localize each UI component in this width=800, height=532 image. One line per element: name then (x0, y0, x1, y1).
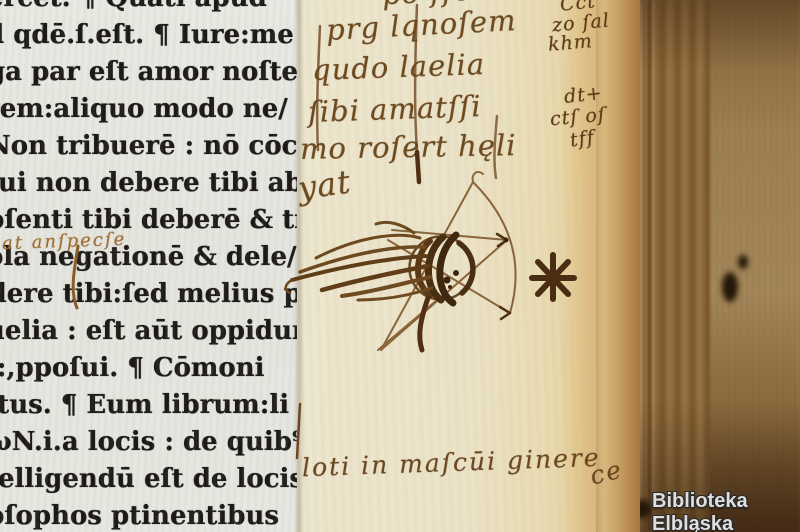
edge-note: khm (547, 30, 594, 56)
printed-line: oſophos ptinentibus (0, 498, 306, 532)
printed-page: ercet. ¶ Quati apud d qdē.ſ.eſt. ¶ Iure:… (0, 0, 306, 532)
printed-line: rem:aliquo modo ne/ (0, 91, 306, 128)
library-watermark: Biblioteka Elbląska (652, 490, 800, 532)
interlinear-gloss: at anſpecſe (2, 229, 127, 254)
printed-line: telligendū eſt de locis (0, 461, 306, 498)
printed-line: ωN.i.a locis : de quib⁹ (0, 424, 306, 461)
book-photo: ercet. ¶ Quati apud d qdē.ſ.eſt. ¶ Iure:… (0, 0, 800, 532)
printed-line: ga par eſt amor noſter. (0, 54, 306, 91)
printed-line: ſtus. ¶ Eum librum:li (0, 387, 306, 424)
ink-stain (738, 255, 748, 269)
printed-line: uelia : eſt aūt oppidum (0, 313, 306, 350)
marginalia-line: qudo laelia (311, 47, 485, 87)
marginalia-word-yat: yat (296, 162, 354, 207)
edge-note: tff (569, 126, 597, 151)
marginalia-line: ſibi amatſſi (307, 89, 482, 129)
ink-stain (722, 272, 738, 302)
printed-line: oſenti tibi deberē & tri/ (0, 202, 306, 239)
printed-line: Non tribuerē : nō cōce (0, 128, 306, 165)
printed-line: llere tibi:ſed melius pla (0, 276, 306, 313)
printed-line: tui non debere tibi ab/ (0, 165, 306, 202)
printed-line: d qdē.ſ.eſt. ¶ Iure:me (0, 17, 306, 54)
marginalia-line: mo roſert hęli (300, 128, 517, 166)
printed-text-column: ercet. ¶ Quati apud d qdē.ſ.eſt. ¶ Iure:… (0, 0, 306, 532)
printed-line: ola negationē & dele/ (0, 239, 306, 276)
printed-line: i:,ppoſui. ¶ Cōmoni (0, 350, 306, 387)
printed-line: ercet. ¶ Quati apud (0, 0, 306, 17)
fore-edge-top-shadow (640, 0, 800, 70)
